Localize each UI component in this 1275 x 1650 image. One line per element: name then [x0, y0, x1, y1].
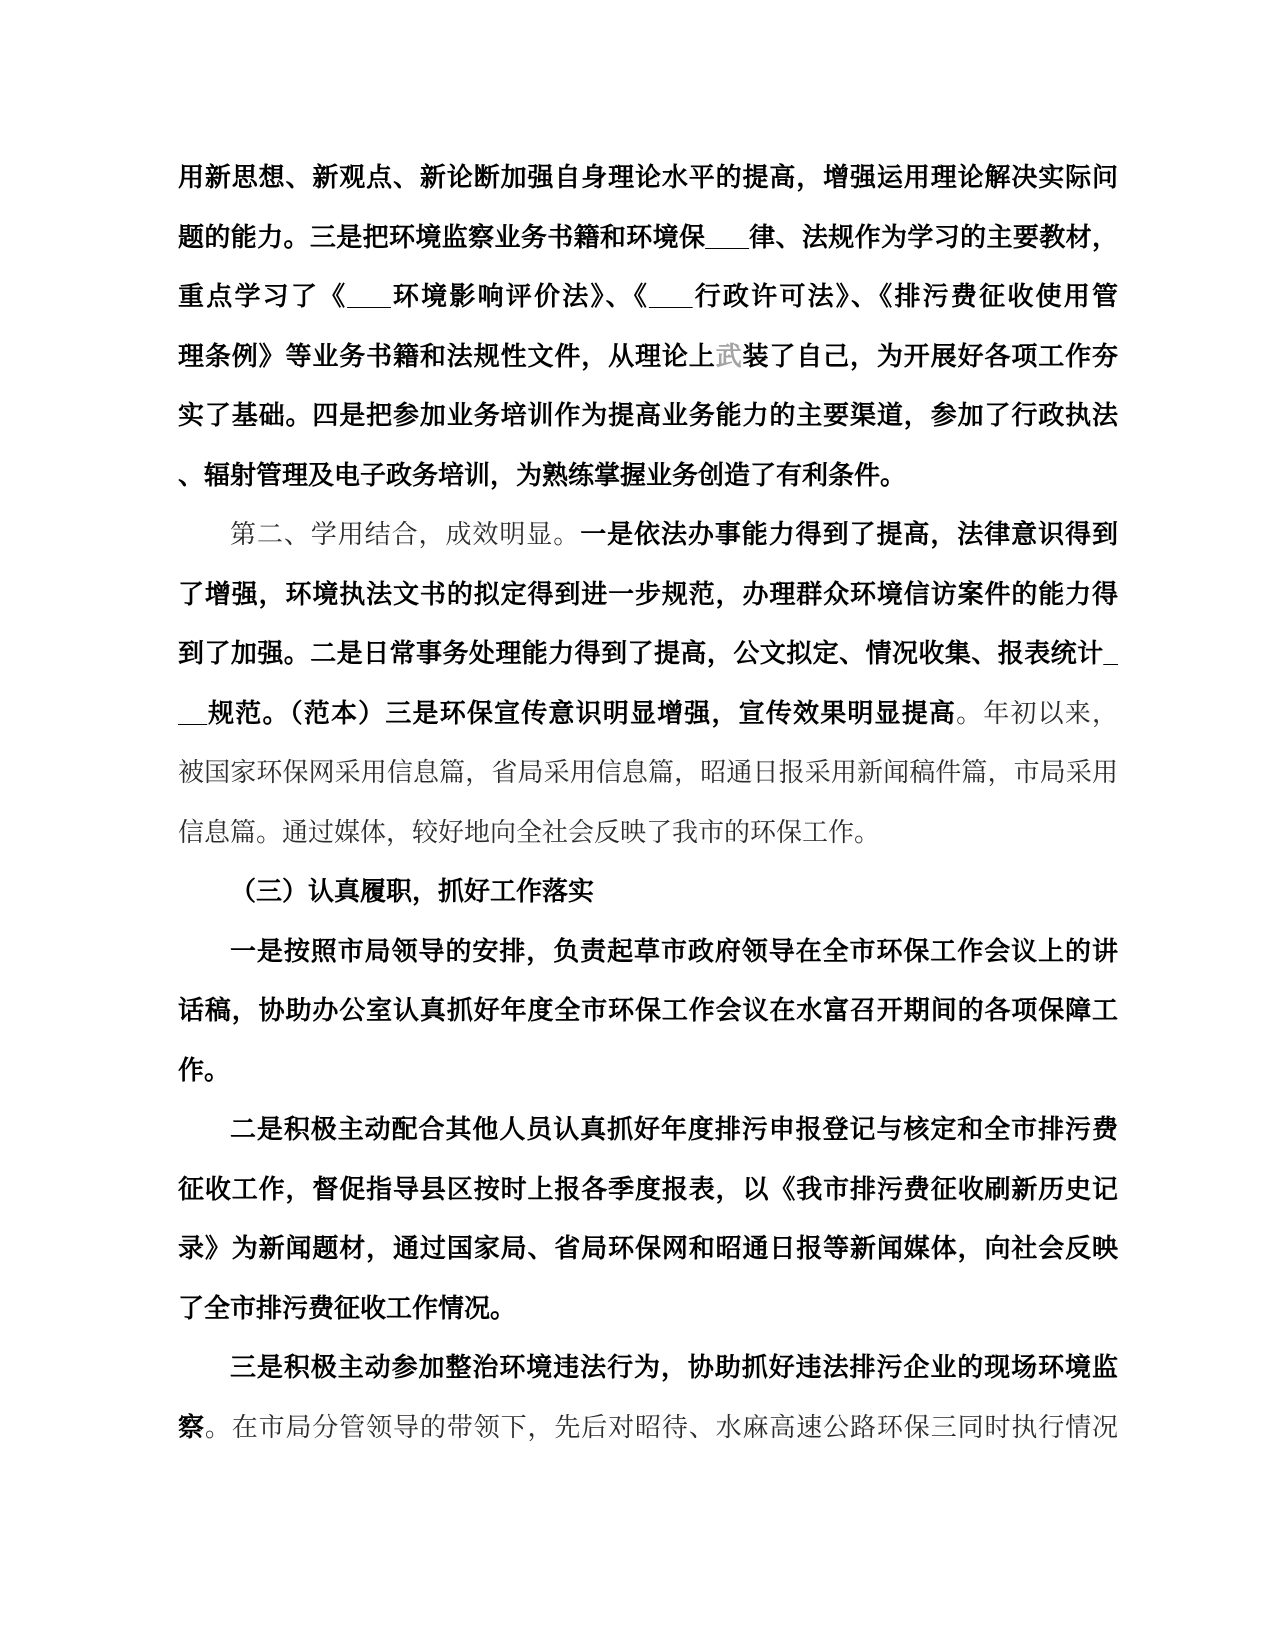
text-line: 二是积极主动配合其他人员认真抓好年度排污申报登记与核定和全市排污费 [178, 1100, 1118, 1160]
text-run-bold: 一是依法办事能力得到了提高，法律意识得到 [580, 519, 1118, 549]
text-line: 录》为新闻题材，通过国家局、省局环保网和昭通日报等新闻媒体，向社会反映 [178, 1219, 1118, 1279]
text-run-bold: 征收工作，督促指导县区按时上报各季度报表，以《我市排污费征收刷新历史记 [178, 1174, 1118, 1204]
text-run-bold: 重点学习了《___环境影响评价法》、《___行政许可法》、《排污费征收使用管 [178, 281, 1118, 311]
text-line: 三是积极主动参加整治环境违法行为，协助抓好违法排污企业的现场环境监 [178, 1338, 1118, 1398]
text-run-serif: 第二、学用结合，成效明显。 [230, 520, 580, 549]
text-run-bold: 、辐射管理及电子政务培训，为熟练掌握业务创造了有利条件。 [178, 460, 906, 490]
document-text: 用新思想、新观点、新论断加强自身理论水平的提高，增强运用理论解决实际问题的能力。… [178, 148, 1118, 1457]
text-line: 理条例》等业务书籍和法规性文件，从理论上武装了自己，为开展好各项工作夯 [178, 327, 1118, 387]
text-run-bold: 理条例》等业务书籍和法规性文件，从理论上 [178, 341, 716, 371]
text-line: 、辐射管理及电子政务培训，为熟练掌握业务创造了有利条件。 [178, 446, 1118, 506]
text-line: __规范。（范本）三是环保宣传意识明显增强，宣传效果明显提高。年初以来， [178, 684, 1118, 744]
text-run-bold: 话稿，协助办公室认真抓好年度全市环保工作会议在水富召开期间的各项保障工 [178, 995, 1118, 1025]
text-run-bold: 到了加强。二是日常事务处理能力得到了提高，公文拟定、情况收集、报表统计_ [178, 638, 1118, 668]
text-run-serif: 。年初以来， [956, 699, 1118, 728]
text-run-bold: 三是积极主动参加整治环境违法行为，协助抓好违法排污企业的现场环境监 [230, 1352, 1118, 1382]
text-line: 话稿，协助办公室认真抓好年度全市环保工作会议在水富召开期间的各项保障工 [178, 981, 1118, 1041]
document-page: 用新思想、新观点、新论断加强自身理论水平的提高，增强运用理论解决实际问题的能力。… [0, 0, 1275, 1650]
text-run-bold: 一是按照市局领导的安排，负责起草市政府领导在全市环保工作会议上的讲 [230, 936, 1118, 966]
text-line: 了增强，环境执法文书的拟定得到进一步规范，办理群众环境信访案件的能力得 [178, 565, 1118, 625]
text-run-bold: __规范。（范本）三是环保宣传意识明显增强，宣传效果明显提高 [178, 698, 956, 728]
text-run-bold: （三）认真履职，抓好工作落实 [230, 876, 594, 906]
text-line: 被国家环保网采用信息篇，省局采用信息篇，昭通日报采用新闻稿件篇，市局采用 [178, 743, 1118, 803]
text-run-bold: 二是积极主动配合其他人员认真抓好年度排污申报登记与核定和全市排污费 [230, 1114, 1118, 1144]
text-line: 题的能力。三是把环境监察业务书籍和环境保___律、法规作为学习的主要教材， [178, 208, 1118, 268]
text-line: 察。在市局分管领导的带领下，先后对昭待、水麻高速公路环保三同时执行情况 [178, 1398, 1118, 1458]
text-run-bold: 题的能力。三是把环境监察业务书籍和环境保___律、法规作为学习的主要教材， [178, 222, 1118, 252]
text-line: 第二、学用结合，成效明显。一是依法办事能力得到了提高，法律意识得到 [178, 505, 1118, 565]
text-run-bold: 用新思想、新观点、新论断加强自身理论水平的提高，增强运用理论解决实际问 [178, 162, 1118, 192]
text-run-bold: 察 [178, 1412, 205, 1442]
text-line: 实了基础。四是把参加业务培训作为提高业务能力的主要渠道，参加了行政执法 [178, 386, 1118, 446]
text-run-bold: 作。 [178, 1055, 230, 1085]
text-run-bold: 了增强，环境执法文书的拟定得到进一步规范，办理群众环境信访案件的能力得 [178, 579, 1118, 609]
text-line: 一是按照市局领导的安排，负责起草市政府领导在全市环保工作会议上的讲 [178, 922, 1118, 982]
text-line: 信息篇。通过媒体，较好地向全社会反映了我市的环保工作。 [178, 803, 1118, 863]
text-line: （三）认真履职，抓好工作落实 [178, 862, 1118, 922]
text-run-serif: 被国家环保网采用信息篇，省局采用信息篇，昭通日报采用新闻稿件篇，市局采用 [178, 758, 1118, 787]
text-run-bold: 装了自己，为开展好各项工作夯 [743, 341, 1118, 371]
text-run-bold: 实了基础。四是把参加业务培训作为提高业务能力的主要渠道，参加了行政执法 [178, 400, 1118, 430]
text-run-bold: 了全市排污费征收工作情况。 [178, 1293, 516, 1323]
text-line: 重点学习了《___环境影响评价法》、《___行政许可法》、《排污费征收使用管 [178, 267, 1118, 327]
text-line: 了全市排污费征收工作情况。 [178, 1279, 1118, 1339]
text-line: 到了加强。二是日常事务处理能力得到了提高，公文拟定、情况收集、报表统计_ [178, 624, 1118, 684]
text-run-serif: 信息篇。通过媒体，较好地向全社会反映了我市的环保工作。 [178, 818, 880, 847]
text-run-gray: 武 [716, 341, 743, 371]
text-line: 作。 [178, 1041, 1118, 1101]
text-run-serif: 。在市局分管领导的带领下，先后对昭待、水麻高速公路环保三同时执行情况 [205, 1413, 1118, 1442]
text-line: 征收工作，督促指导县区按时上报各季度报表，以《我市排污费征收刷新历史记 [178, 1160, 1118, 1220]
text-run-bold: 录》为新闻题材，通过国家局、省局环保网和昭通日报等新闻媒体，向社会反映 [178, 1233, 1118, 1263]
text-line: 用新思想、新观点、新论断加强自身理论水平的提高，增强运用理论解决实际问 [178, 148, 1118, 208]
